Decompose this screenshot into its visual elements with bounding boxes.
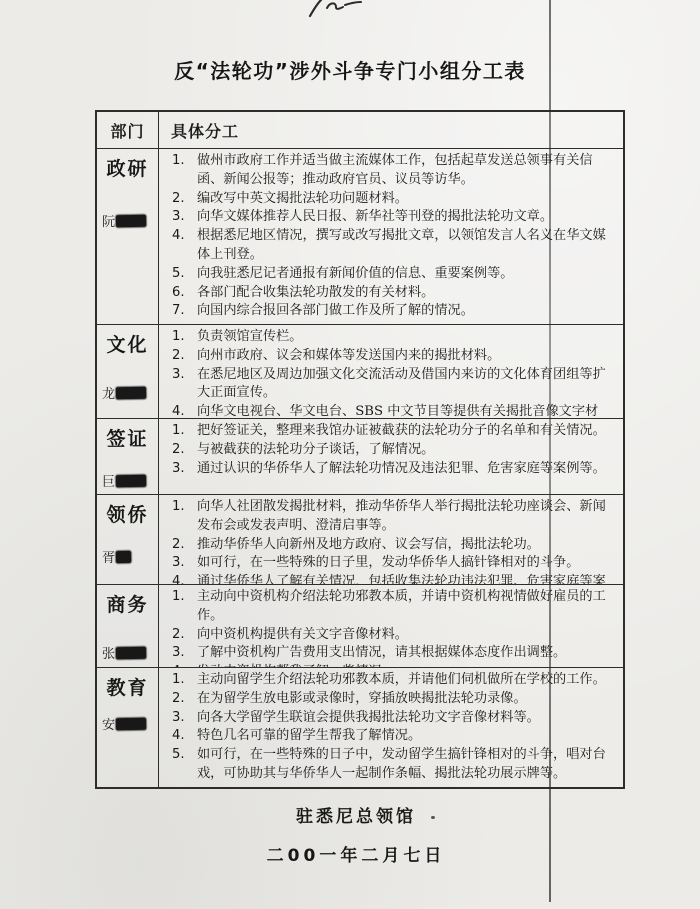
work-item: 3.通过认识的华侨华人了解法轮功情况及违法犯罪、危害家庭等案例等。: [159, 460, 615, 479]
work-items-cell: 1.向华人社团散发揭批材料，推动华侨华人举行揭批法轮功座谈会、新闻发布会或发表声…: [159, 495, 623, 584]
work-item: 5.如可行，在一些特殊的日子中，发动留学生搞针锋相对的斗争，唱对台戏，可协助其与…: [159, 746, 615, 784]
work-item: 1.主动向中资机构介绍法轮功邪教本质，并请中资机构视情做好雇员的工作。: [159, 588, 615, 626]
redaction-mark: [116, 387, 146, 400]
work-items-cell: 1.把好签证关，整理来我馆办证被截获的法轮功分子的名单和有关情况。2.与被截获的…: [159, 419, 623, 494]
work-item: 2.与被截获的法轮功分子谈话，了解情况。: [159, 441, 615, 460]
work-item: 3.向华文媒体推荐人民日报、新华社等刊登的揭批法轮功文章。: [159, 208, 615, 227]
dept-label: 文化: [97, 330, 158, 357]
header-dept: 部门: [97, 112, 159, 148]
person-surname: 安: [102, 718, 115, 733]
redaction-mark: [116, 475, 146, 488]
person-name: 胥: [102, 547, 131, 566]
table-row-shangwu: 商务 张 1.主动向中资机构介绍法轮功邪教本质，并请中资机构视情做好雇员的工作。…: [97, 584, 623, 667]
dept-label: 签证: [97, 424, 158, 451]
dept-cell: 教育 安: [97, 668, 159, 787]
work-item: 3.向各大学留学生联谊会提供我揭批法轮功文字音像材料等。: [159, 709, 615, 728]
work-item: 2.向州市政府、议会和媒体等发送国内来的揭批材料。: [159, 347, 615, 366]
person-surname: 阮: [102, 215, 115, 230]
redaction-mark: [116, 551, 131, 563]
work-item: 3.在悉尼地区及周边加强文化交流活动及借国内来访的文化体育团组等扩大正面宣传。: [159, 366, 615, 404]
work-item: 3.如可行，在一些特殊的日子里，发动华侨华人搞针锋相对的斗争。: [159, 554, 615, 573]
dept-cell: 签证 巨: [97, 419, 159, 494]
document-title: 反“法轮功”涉外斗争专门小组分工表: [0, 55, 700, 84]
table-row-wenhua: 文化 龙 1.负责领馆宣传栏。2.向州市政府、议会和媒体等发送国内来的揭批材料。…: [97, 324, 623, 418]
table-row-qianzheng: 签证 巨 1.把好签证关，整理来我馆办证被截获的法轮功分子的名单和有关情况。2.…: [97, 418, 623, 494]
dept-label: 商务: [97, 590, 158, 617]
person-name: 龙: [102, 383, 146, 402]
dept-label: 政研: [97, 154, 158, 181]
redaction-mark: [116, 215, 146, 228]
work-item: 2.推动华侨华人向新州及地方政府、议会写信，揭批法轮功。: [159, 536, 615, 555]
work-item: 2.向中资机构提供有关文字音像材料。: [159, 626, 615, 645]
work-items-cell: 1.做州市政府工作并适当做主流媒体工作，包括起草发送总领事有关信函、新闻公报等；…: [159, 149, 623, 324]
handwritten-scribble: [300, 0, 380, 18]
dept-cell: 商务 张: [97, 585, 159, 667]
scan-speck: [431, 816, 435, 819]
work-item: 2.编改写中英文揭批法轮功问题材料。: [159, 190, 615, 209]
dept-cell: 领侨 胥: [97, 495, 159, 584]
dept-cell: 政研 阮: [97, 149, 159, 324]
division-of-labor-table: 部门 具体分工 政研 阮 1.做州市政府工作并适当做主流媒体工作，包括起草发送总…: [95, 110, 625, 789]
redaction-mark: [116, 718, 146, 731]
person-name: 张: [102, 643, 146, 662]
scanned-document-page: 反“法轮功”涉外斗争专门小组分工表 部门 具体分工 政研 阮 1.做州市政府工作…: [0, 0, 700, 909]
work-item: 1.负责领馆宣传栏。: [159, 328, 615, 347]
work-item: 1.做州市政府工作并适当做主流媒体工作，包括起草发送总领事有关信函、新闻公报等；…: [159, 152, 615, 190]
table-row-jiaoyu: 教育 安 1.主动向留学生介绍法轮功邪教本质，并请他们伺机做所在学校的工作。2.…: [97, 667, 623, 787]
document-date: 二00一年二月七日: [0, 841, 700, 866]
person-name: 巨: [102, 471, 146, 490]
table-row-lingqiao: 领侨 胥 1.向华人社团散发揭批材料，推动华侨华人举行揭批法轮功座谈会、新闻发布…: [97, 494, 623, 584]
work-item: 4.通过华侨华人了解有关情况，包括收集法轮功违法犯罪、危害家庭等案例。: [159, 573, 615, 584]
header-work: 具体分工: [159, 112, 623, 148]
work-item: 5.向我驻悉尼记者通报有新闻价值的信息、重要案例等。: [159, 265, 615, 284]
table-header-row: 部门 具体分工: [97, 112, 623, 148]
work-item: 1.主动向留学生介绍法轮功邪教本质，并请他们伺机做所在学校的工作。: [159, 671, 615, 690]
person-surname: 张: [102, 647, 115, 662]
work-items-cell: 1.主动向中资机构介绍法轮功邪教本质，并请中资机构视情做好雇员的工作。2.向中资…: [159, 585, 623, 667]
work-item: 3.了解中资机构广告费用支出情况，请其根据媒体态度作出调整。: [159, 644, 615, 663]
dept-cell: 文化 龙: [97, 325, 159, 418]
work-item: 1.把好签证关，整理来我馆办证被截获的法轮功分子的名单和有关情况。: [159, 422, 615, 441]
work-item: 6.各部门配合收集法轮功散发的有关材料。: [159, 284, 615, 303]
work-item: 7.向国内综合报回各部门做工作及所了解的情况。: [159, 302, 615, 321]
person-surname: 龙: [102, 387, 115, 402]
fold-line: [549, 0, 551, 902]
work-item: 4.特色几名可靠的留学生帮我了解情况。: [159, 727, 615, 746]
work-items-cell: 1.负责领馆宣传栏。2.向州市政府、议会和媒体等发送国内来的揭批材料。3.在悉尼…: [159, 325, 623, 418]
work-items-cell: 1.主动向留学生介绍法轮功邪教本质，并请他们伺机做所在学校的工作。2.在为留学生…: [159, 668, 623, 787]
person-surname: 胥: [102, 551, 115, 566]
work-item: 2.在为留学生放电影或录像时，穿插放映揭批法轮功录像。: [159, 690, 615, 709]
dept-label: 教育: [97, 673, 158, 700]
person-surname: 巨: [102, 475, 115, 490]
person-name: 阮: [102, 211, 146, 230]
table-row-zhengyan: 政研 阮 1.做州市政府工作并适当做主流媒体工作，包括起草发送总领事有关信函、新…: [97, 148, 623, 324]
work-item: 4.根据悉尼地区情况，撰写或改写揭批文章，以领馆发言人名义在华文媒体上刊登。: [159, 227, 615, 265]
dept-label: 领侨: [97, 500, 158, 527]
person-name: 安: [102, 714, 146, 733]
issuing-org: 驻悉尼总领馆: [0, 802, 700, 827]
redaction-mark: [116, 647, 146, 660]
work-item: 1.向华人社团散发揭批材料，推动华侨华人举行揭批法轮功座谈会、新闻发布会或发表声…: [159, 498, 615, 536]
work-item: 4.向华文电视台、华文电台、SBS 中文节目等提供有关揭批音像文字材料。: [159, 403, 615, 418]
work-item: 4.发动中资机构帮我了解一些情况。: [159, 663, 615, 667]
